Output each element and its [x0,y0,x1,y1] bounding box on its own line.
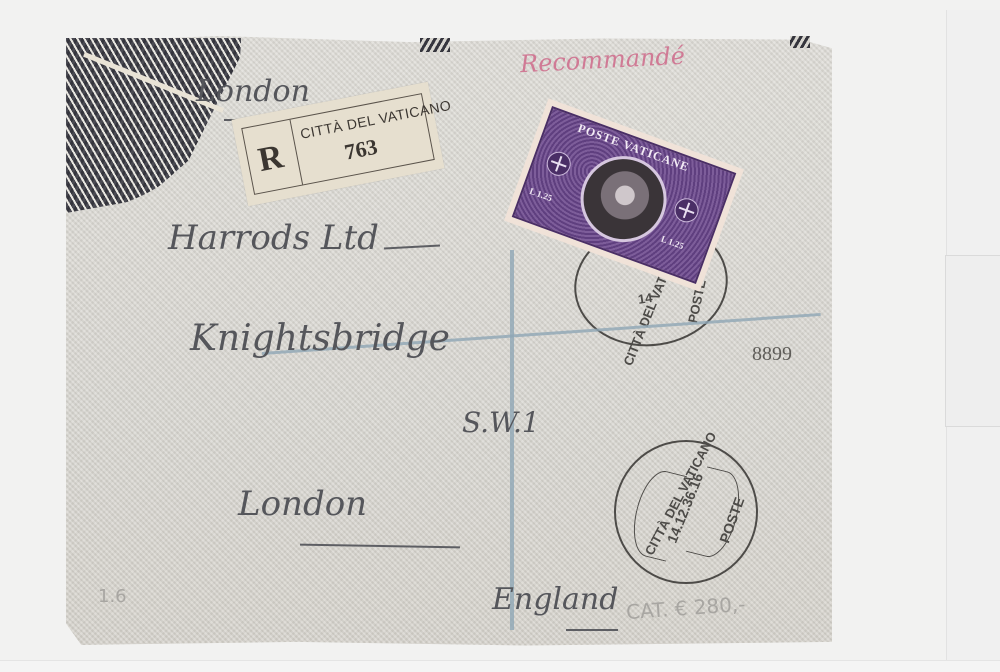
pencil-note-left: 1.6 [98,586,127,607]
lining-fragment [790,36,810,48]
lining-fragment [420,38,450,52]
address-line-1: Harrods Ltd [168,218,379,258]
registration-label-number: 763 [342,134,379,166]
address-line-5: England [492,582,618,617]
underline [566,629,618,631]
postmark-vatican: CITTÀ DEL VATICANO 14.12.36.16 POSTE [614,440,758,584]
address-line-2: Knightsbridge [190,318,450,359]
blue-crayon-vertical [510,250,514,630]
postmark-partial-date: 14 [637,290,653,307]
address-line-3: S.W.1 [462,406,540,439]
cross-ornament-icon [671,195,702,226]
stamp-value-left: L 1.25 [528,186,554,203]
cross-ornament-icon [543,148,574,179]
sleeve-tab [945,255,1000,427]
sleeve-bottom-edge [0,660,1000,672]
registration-number: 8899 [752,343,792,366]
stamp-value-right: L 1.25 [660,234,686,251]
handwritten-destination-top: London [196,74,310,109]
registration-office: CITTÀ DEL VATICANO [299,97,453,142]
address-line-4: London [238,484,367,524]
registration-letter: R [255,138,286,180]
